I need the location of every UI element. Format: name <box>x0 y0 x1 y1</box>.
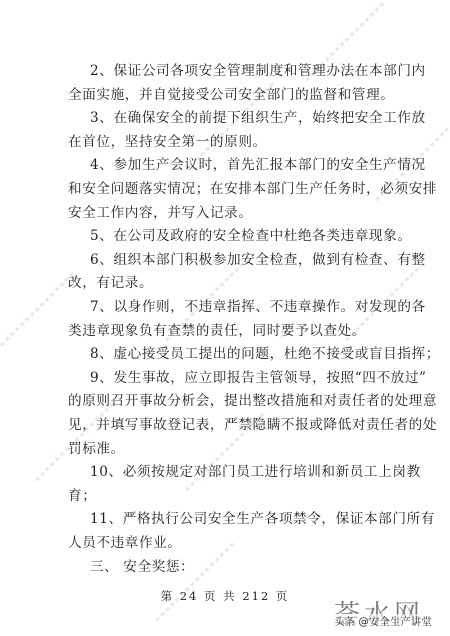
text-line: 10、必须按规定对部门员工进行培训和新员工上岗教 <box>90 463 421 481</box>
text-line: 见，并填写事故登记表，严禁隐瞒不报或降低对责任者的处 <box>68 416 437 434</box>
text-line: 类违章现象负有查禁的责任，同时要予以查处。 <box>68 322 366 340</box>
diagonal-watermark <box>0 272 75 352</box>
text-line: 2、保证公司各项安全管理制度和管理办法在本部门内 <box>90 62 426 80</box>
text-line: 7、以身作则，不违章指挥、不违章操作。对发现的各 <box>90 298 426 316</box>
text-line: 安全工作内容，并写入记录。 <box>68 204 253 222</box>
text-line: 3、在确保安全的前提下组织生产，始终把安全工作放 <box>90 109 426 127</box>
overlay-watermark-text: 头条 @安全生产讲堂 <box>334 614 432 629</box>
text-line: 11、严格执行公司安全生产各项禁令，保证本部门所有 <box>90 510 435 528</box>
text-line: 4、参加生产会议时，首先汇报本部门的安全生产情况 <box>90 156 426 174</box>
site-watermark-logo: 荟水网 头条 @安全生产讲堂 <box>334 594 438 632</box>
text-line: 改，有记录。 <box>68 274 153 292</box>
text-line: 和安全问题落实情况；在安排本部门生产任务时，必须安排 <box>68 180 437 198</box>
text-line: 育； <box>68 487 96 505</box>
text-line: 人员不违章作业。 <box>68 534 182 552</box>
document-page: 2、保证公司各项安全管理制度和管理办法在本部门内全面实施，并自觉接受公司安全部门… <box>0 0 450 636</box>
text-line: 的原则召开事故分析会，提出整改措施和对责任者的处理意 <box>68 392 437 410</box>
text-line: 9、发生事故，应立即报告主管领导，按照“四不放过” <box>90 369 427 387</box>
diagonal-watermark <box>155 542 235 622</box>
text-line: 罚标准。 <box>68 440 125 458</box>
text-line: 8、虚心接受员工提出的问题，杜绝不接受或盲目指挥； <box>90 345 440 363</box>
text-line: 6、组织本部门积极参加安全检查，做到有检查、有整 <box>90 251 426 269</box>
text-line: 5、在公司及政府的安全检查中杜绝各类违章现象。 <box>90 227 412 245</box>
text-line: 三、 安全奖惩： <box>90 558 194 576</box>
text-line: 全面实施，并自觉接受公司安全部门的监督和管理。 <box>68 86 394 104</box>
text-line: 在首位，坚持安全第一的原则。 <box>68 133 267 151</box>
